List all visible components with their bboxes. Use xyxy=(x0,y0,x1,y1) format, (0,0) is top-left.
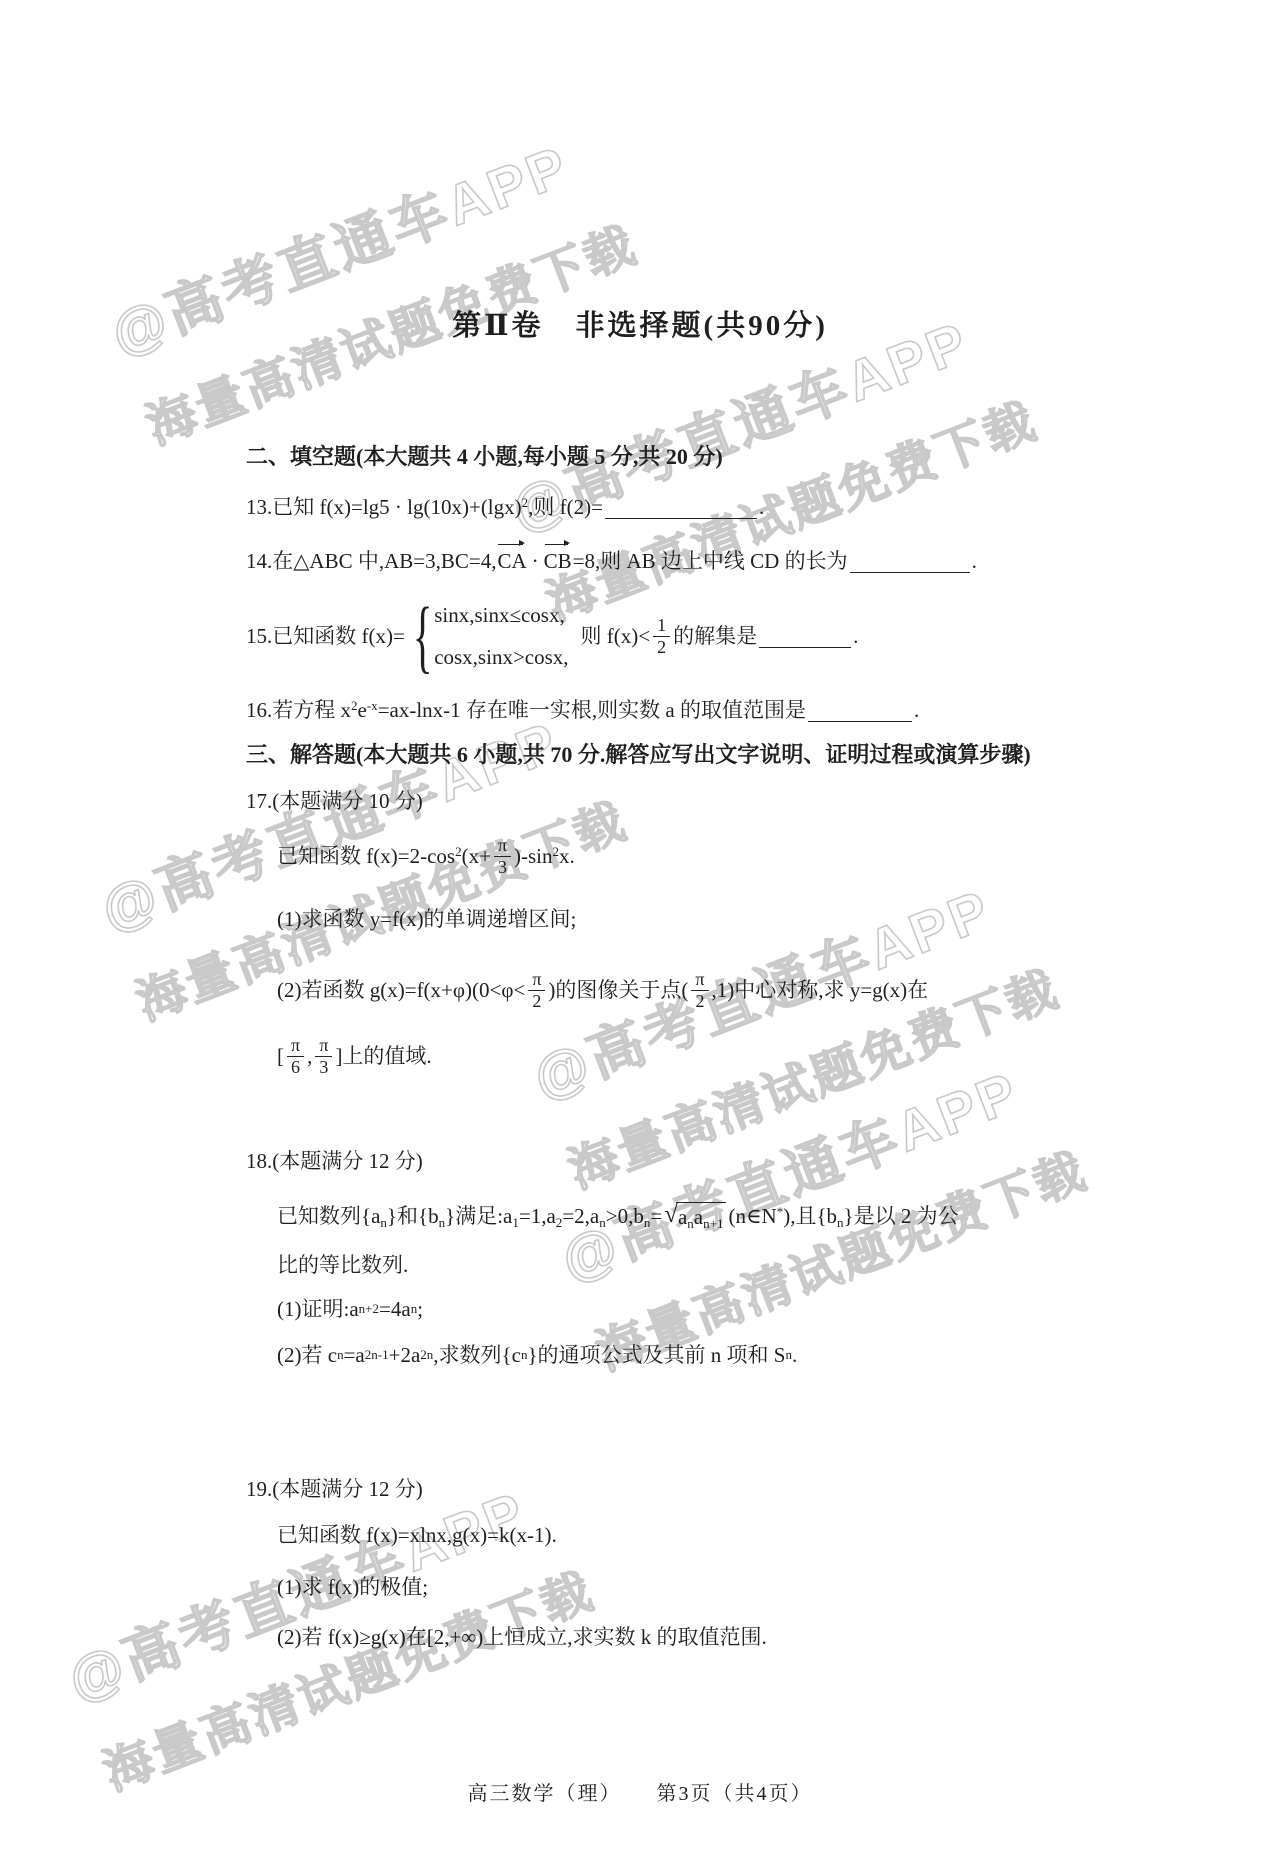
footer-subject: 高三数学（理） xyxy=(468,1783,622,1805)
q17-bracket-open: [ xyxy=(277,1043,284,1069)
question-19-intro: 已知函数 f(x)=xlnx,g(x)=k(x-1). xyxy=(277,1522,557,1548)
answer-blank xyxy=(850,549,970,573)
fraction-pi-6: π 6 xyxy=(287,1035,304,1077)
question-17-formula: 已知函数 f(x)=2-cos2(x+ π 3 )-sin2x. xyxy=(277,830,575,882)
question-14-text: 14.在△ABC 中,AB=3,BC=4, xyxy=(246,548,496,574)
question-15-text2: 则 f(x)< xyxy=(581,623,651,649)
watermark-line1: @高考直通车APP xyxy=(548,1036,1062,1297)
exam-title: 第Ⅱ卷 非选择题(共90分) xyxy=(0,303,1280,344)
question-17-part1: (1)求函数 y=f(x)的单调递增区间; xyxy=(277,906,576,932)
q17-formula-pre: 已知函数 f(x)=2-cos2(x+ xyxy=(277,843,491,869)
question-17-head: 17.(本题满分 10 分) xyxy=(246,788,423,814)
q17-comma: , xyxy=(307,1043,312,1069)
question-18-part1: (1)证明:an+2=4an; xyxy=(277,1296,423,1322)
answer-blank xyxy=(605,495,757,519)
question-14: 14.在△ABC 中,AB=3,BC=4, CA · CB =8,则 AB 边上… xyxy=(246,548,977,574)
q17-formula-post: )-sin2x. xyxy=(514,843,575,869)
watermark: @高考直通车APP 海量高清试题免费下载 xyxy=(98,110,646,459)
fraction-pi-3: π 3 xyxy=(315,1035,332,1077)
question-18-intro-line2: 比的等比数列. xyxy=(277,1252,408,1278)
exam-page: @高考直通车APP 海量高清试题免费下载 @高考直通车APP 海量高清试题免费下… xyxy=(0,0,1280,1856)
question-19-part1: (1)求 f(x)的极值; xyxy=(277,1574,428,1600)
question-19-head: 19.(本题满分 12 分) xyxy=(246,1476,423,1502)
section-3-header: 三、解答题(本大题共 6 小题,共 70 分.解答应写出文字说明、证明过程或演算… xyxy=(246,741,1031,769)
fraction-pi-2: π 2 xyxy=(528,969,545,1011)
section-2-header: 二、填空题(本大题共 4 小题,每小题 5 分,共 20 分) xyxy=(246,443,723,471)
square-root: √ anan+1 xyxy=(664,1202,726,1232)
question-15-text: 15.已知函数 f(x)= xyxy=(246,623,405,649)
vector-CA: CA xyxy=(497,548,526,574)
q18-intro-text2: (n∈N*),且{bn}是以 2 为公 xyxy=(728,1203,958,1231)
question-14-period: . xyxy=(972,548,977,574)
q17-part2-text1: (2)若函数 g(x)=f(x+φ)(0<φ< xyxy=(277,977,525,1003)
question-15-period: . xyxy=(853,623,858,649)
question-14-text2: =8,则 AB 边上中线 CD 的长为 xyxy=(573,548,848,574)
dot-operator: · xyxy=(532,548,539,574)
answer-blank xyxy=(759,624,851,648)
q17-part2-text2: )的图像关于点( xyxy=(548,977,688,1003)
question-16: 16.若方程 x2e-x=ax-lnx-1 存在唯一实根,则实数 a 的取值范围… xyxy=(246,697,919,723)
fraction-pi-2: π 2 xyxy=(691,969,708,1011)
piecewise-case-2: cosx,sinx>cosx, xyxy=(434,644,568,670)
piecewise-brace: { xyxy=(413,597,433,675)
question-16-period: . xyxy=(914,697,919,723)
radicand: anan+1 xyxy=(676,1202,727,1232)
watermark: @高考直通车APP 海量高清试题免费下载 xyxy=(520,854,1068,1203)
question-13: 13.已知 f(x)=lg5 · lg(10x)+(lgx)2,则 f(2)= … xyxy=(246,494,764,520)
question-17-part2-line1: (2)若函数 g(x)=f(x+φ)(0<φ< π 2 )的图像关于点( π 2… xyxy=(277,962,928,1018)
question-15: 15.已知函数 f(x)= { sinx,sinx≤cosx, cosx,sin… xyxy=(246,590,858,682)
page-footer: 高三数学（理） 第3页（共4页） xyxy=(0,1777,1280,1806)
question-18-intro-line1: 已知数列{an}和{bn}满足:a1=1,a2=2,an>0,bn= √ ana… xyxy=(277,1192,959,1242)
question-19-part2: (2)若 f(x)≥g(x)在[2,+∞)上恒成立,求实数 k 的取值范围. xyxy=(277,1624,767,1650)
answer-blank xyxy=(808,698,912,722)
q17-part2-text3: ,1)中心对称,求 y=g(x)在 xyxy=(712,977,929,1003)
question-13-text: 13.已知 f(x)=lg5 · lg(10x)+(lgx)2,则 f(2)= xyxy=(246,494,603,520)
q17-part2-text4: ]上的值域. xyxy=(335,1043,431,1069)
fraction-pi-3: π 3 xyxy=(494,835,511,877)
question-13-period: . xyxy=(759,494,764,520)
question-16-text: 16.若方程 x2e-x=ax-lnx-1 存在唯一实根,则实数 a 的取值范围… xyxy=(246,697,806,723)
footer-page-number: 第3页（共4页） xyxy=(657,1783,813,1805)
q18-intro-text1: 已知数列{an}和{bn}满足:a1=1,a2=2,an>0,bn= xyxy=(277,1203,662,1231)
question-18-part2: (2)若 cn=a2n-1+2a2n,求数列{cn}的通项公式及其前 n 项和 … xyxy=(277,1342,797,1368)
fraction-one-half: 1 2 xyxy=(653,615,670,657)
question-15-text3: 的解集是 xyxy=(673,623,757,649)
piecewise-case-1: sinx,sinx≤cosx, xyxy=(434,602,568,628)
piecewise-function: { sinx,sinx≤cosx, cosx,sinx>cosx, xyxy=(409,597,569,675)
question-17-part2-line2: [ π 6 , π 3 ]上的值域. xyxy=(277,1028,432,1084)
question-18-head: 18.(本题满分 12 分) xyxy=(246,1148,423,1174)
vector-CB: CB xyxy=(544,548,572,574)
